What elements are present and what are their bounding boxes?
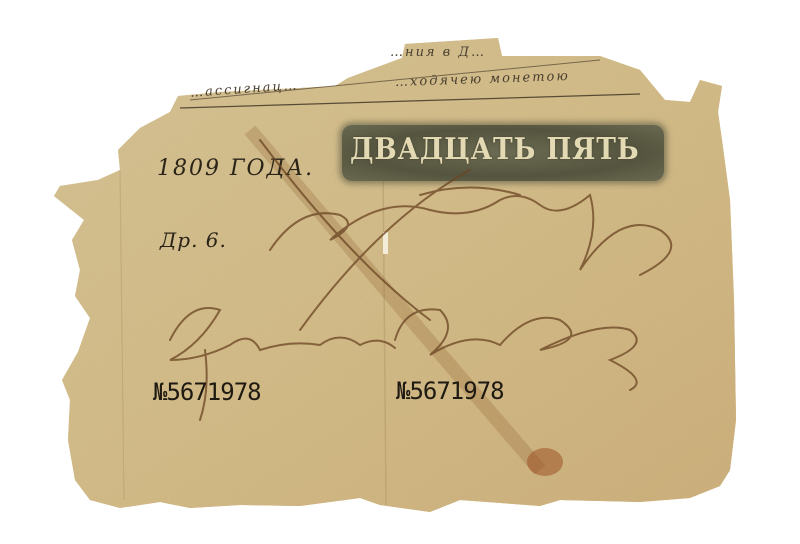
banknote: …ния в Д… …ассигнац… …ходячею монетою 18…	[0, 0, 800, 544]
serial-number-right: №5671978	[396, 377, 504, 405]
handwritten-signatures	[0, 0, 800, 544]
serial-number-left: №5671978	[153, 378, 261, 406]
